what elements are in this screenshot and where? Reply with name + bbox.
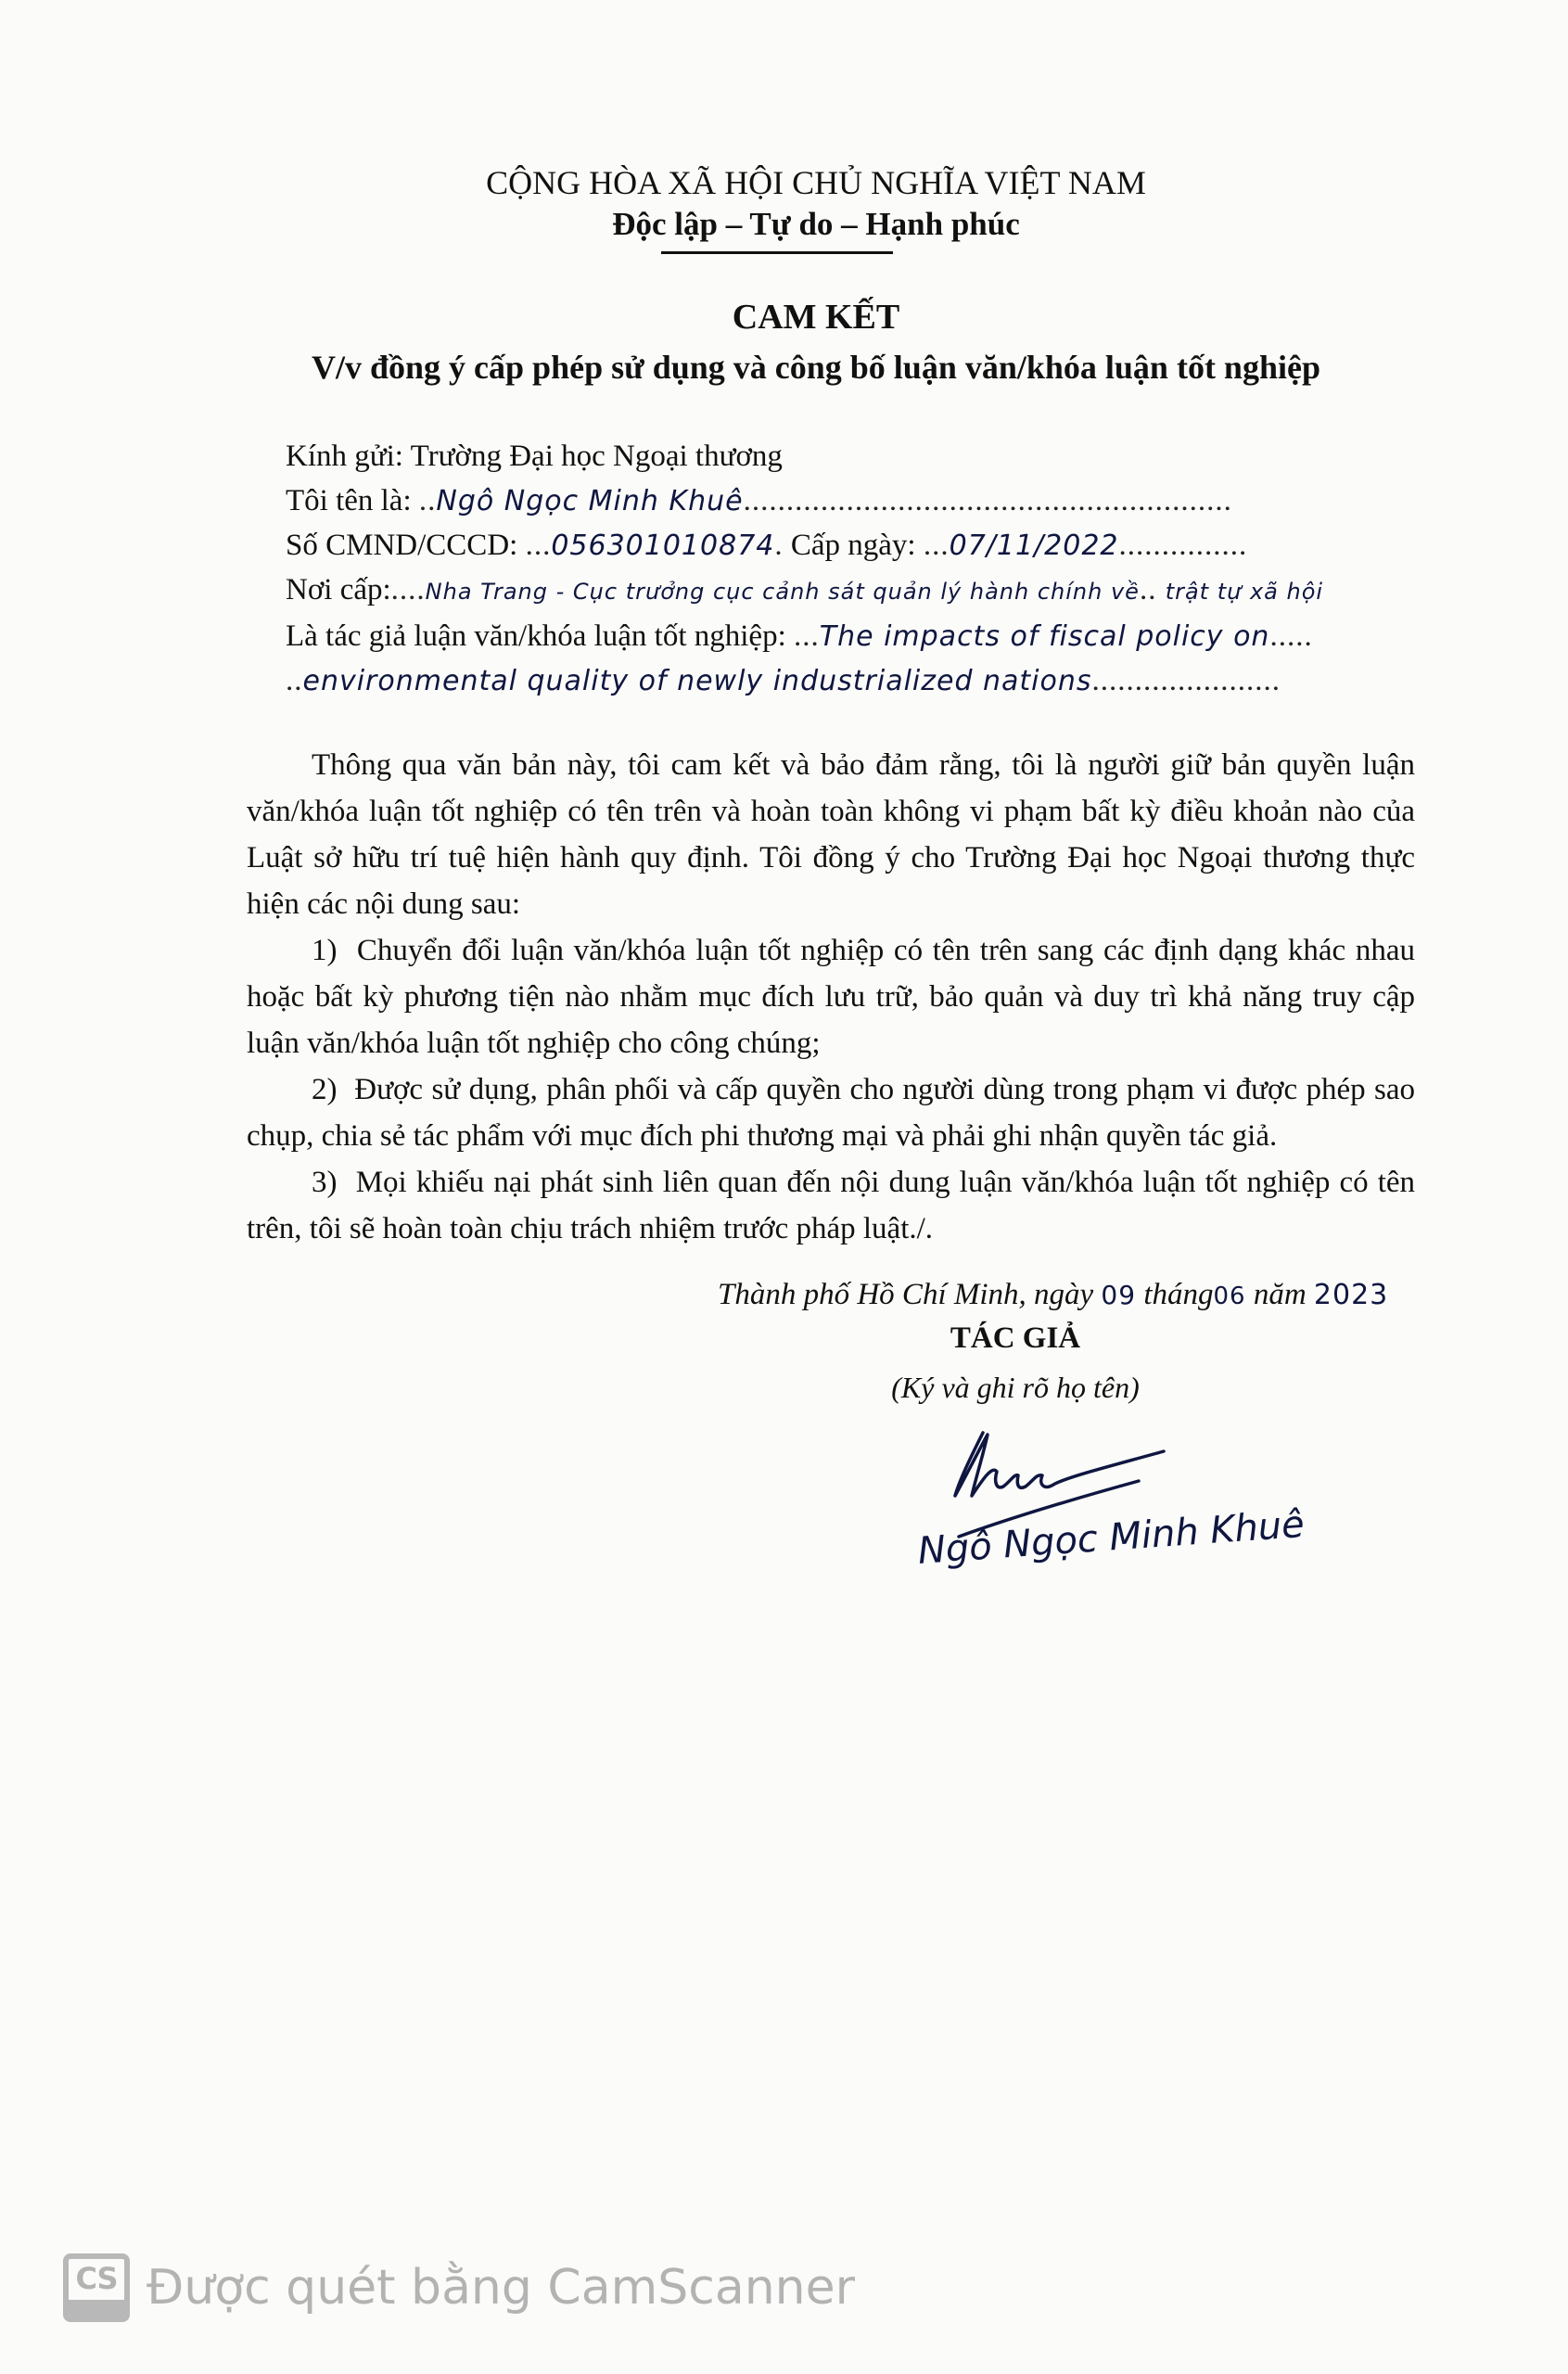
issue-date-value: 07/11/2022 [950, 530, 1119, 562]
sign-day: 09 [1101, 1280, 1136, 1310]
id-line: Số CMND/CCCD: ...056301010874. Cấp ngày:… [286, 529, 1247, 563]
commitment-item-1: 1) Chuyển đổi luận văn/khóa luận tốt ngh… [247, 927, 1415, 1066]
issue-place-value-extra: trật tự xã hội [1166, 579, 1323, 605]
id-label: Số CMND/CCCD: [286, 529, 517, 562]
id-value: 056301010874 [551, 530, 774, 562]
thesis-line: Là tác giả luận văn/khóa luận tốt nghiệp… [286, 619, 1313, 654]
national-motto: Độc lập – Tự do – Hạnh phúc [0, 206, 1568, 243]
item-text: Mọi khiếu nại phát sinh liên quan đến nộ… [247, 1166, 1415, 1245]
name-value: Ngô Ngọc Minh Khuê [436, 485, 743, 517]
issue-place-line: Nơi cấp:....Nha Trang - Cục trưởng cục c… [286, 573, 1323, 607]
recipient-value: Trường Đại học Ngoại thương [411, 440, 783, 473]
sign-year: 2023 [1314, 1279, 1388, 1311]
author-label: TÁC GIẢ [927, 1321, 1103, 1356]
recipient-label: Kính gửi: [286, 440, 403, 473]
item-number: 2) [312, 1073, 338, 1106]
sign-instruction: (Ký và ghi rõ họ tên) [835, 1371, 1196, 1405]
document-page: CỘNG HÒA XÃ HỘI CHỦ NGHĨA VIỆT NAM Độc l… [0, 0, 1568, 2374]
issue-date-label: Cấp ngày: [791, 529, 916, 562]
camscanner-watermark: CS Được quét bằng CamScanner [63, 2253, 855, 2322]
thesis-line-2: ..environmental quality of newly industr… [286, 664, 1281, 698]
document-title: CAM KẾT [0, 297, 1568, 338]
name-label: Tôi tên là: [286, 484, 412, 517]
nation-header: CỘNG HÒA XÃ HỘI CHỦ NGHĨA VIỆT NAM [0, 163, 1568, 202]
issue-place-label: Nơi cấp: [286, 573, 391, 606]
name-line: Tôi tên là: ..Ngô Ngọc Minh Khuê........… [286, 484, 1232, 518]
thesis-label: Là tác giả luận văn/khóa luận tốt nghiệp… [286, 619, 786, 653]
intro-text: Thông qua văn bản này, tôi cam kết và bả… [247, 748, 1415, 921]
document-subtitle: V/v đồng ý cấp phép sử dụng và công bố l… [0, 348, 1568, 387]
intro-paragraph: Thông qua văn bản này, tôi cam kết và bả… [247, 742, 1415, 927]
item-text: Chuyển đổi luận văn/khóa luận tốt nghiệp… [247, 934, 1415, 1060]
thesis-title-line1: The impacts of fiscal policy on [820, 620, 1270, 653]
place-date-line: Thành phố Hồ Chí Minh, ngày 09 tháng06 n… [718, 1278, 1388, 1312]
issue-place-value: Nha Trang - Cục trưởng cục cảnh sát quản… [426, 579, 1140, 605]
commitment-item-2: 2) Được sử dụng, phân phối và cấp quyền … [247, 1066, 1415, 1159]
item-number: 1) [312, 934, 338, 967]
recipient-line: Kính gửi: Trường Đại học Ngoại thương [286, 440, 783, 474]
camscanner-logo-icon: CS [63, 2253, 130, 2322]
sign-month: 06 [1213, 1283, 1245, 1310]
motto-underline [661, 251, 893, 254]
item-text: Được sử dụng, phân phối và cấp quyền cho… [247, 1073, 1415, 1153]
thesis-title-line2: environmental quality of newly industria… [303, 665, 1092, 697]
item-number: 3) [312, 1166, 338, 1199]
watermark-text: Được quét bằng CamScanner [147, 2260, 855, 2316]
commitment-item-3: 3) Mọi khiếu nại phát sinh liên quan đến… [247, 1159, 1415, 1252]
